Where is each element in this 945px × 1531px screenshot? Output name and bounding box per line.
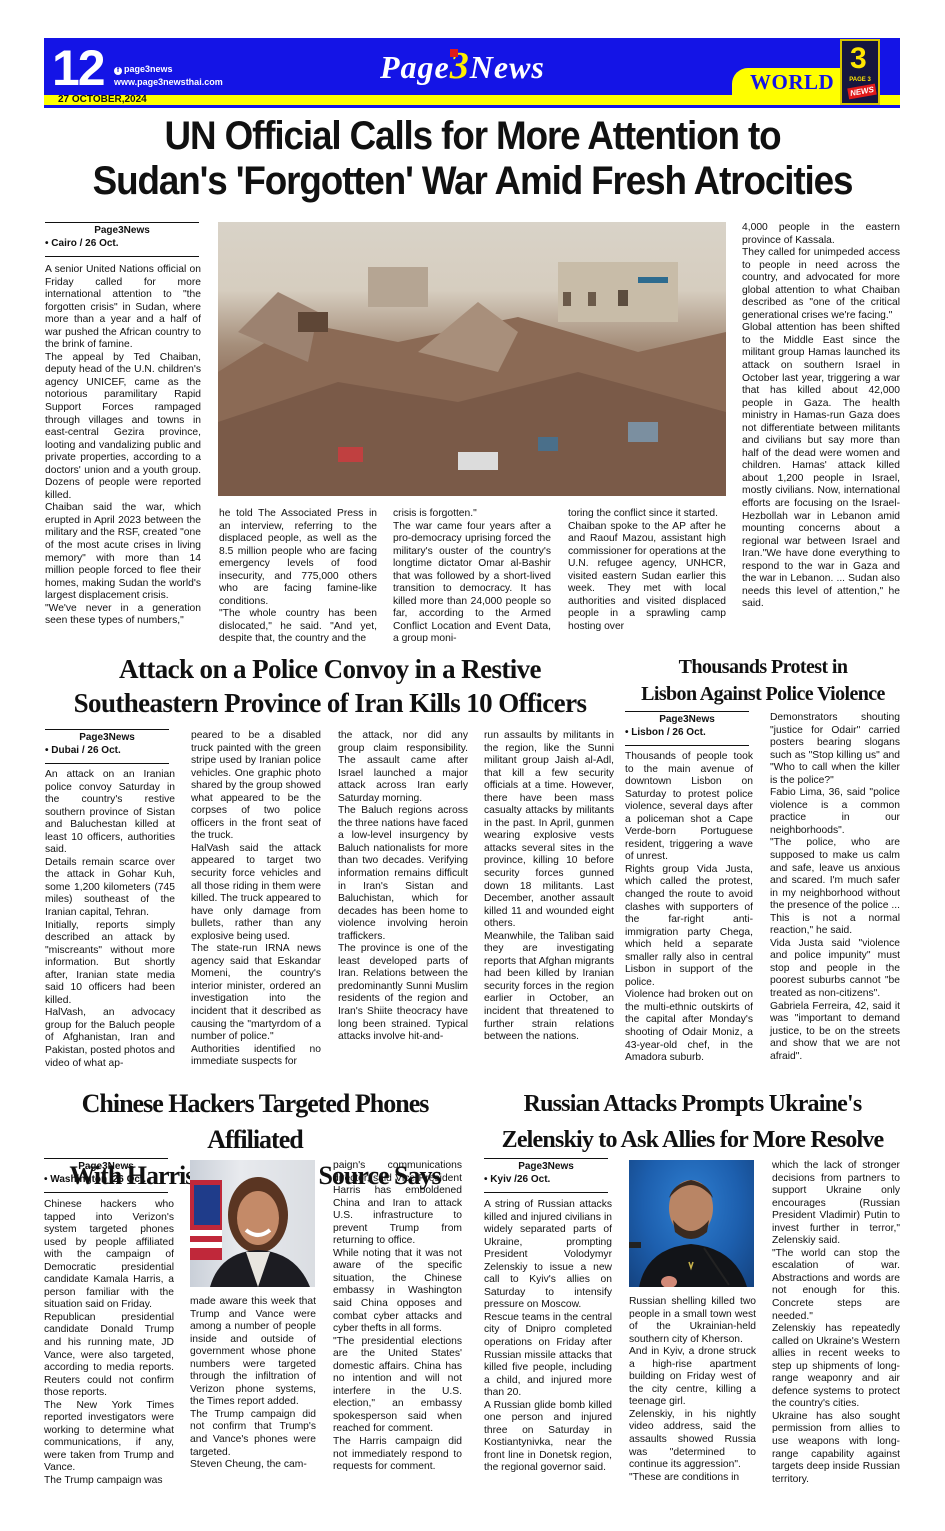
paragraph: 4,000 people in the eastern province of … — [742, 222, 900, 247]
paragraph: The Baluch regions across the three nati… — [338, 805, 468, 943]
section-label: WORLD — [750, 69, 834, 95]
news-source: Page3News — [45, 731, 169, 744]
paragraph: The Trump campaign was — [44, 1475, 174, 1488]
divider — [45, 729, 169, 730]
paragraph: A Russian glide bomb killed one person a… — [484, 1400, 612, 1475]
badge-number: 3 — [850, 43, 867, 75]
paragraph: Demonstrators shouting "justice for Odai… — [770, 712, 900, 787]
paragraph: "We've never in a generation seen these … — [45, 603, 201, 628]
zelenskiy-portrait-photo — [629, 1160, 754, 1287]
paragraph: HalVash said the attack appeared to targ… — [191, 843, 321, 943]
article-sudan-byline: Page3News • Cairo / 26 Oct. — [45, 222, 199, 257]
headline-line: Attack on a Police Convoy in a Restive — [40, 652, 620, 686]
website-link[interactable]: www.page3newsthai.com — [114, 76, 223, 89]
paragraph: The province is one of the least develop… — [338, 943, 468, 1043]
divider — [484, 1158, 608, 1159]
page3-badge-logo: 3 PAGE 3 NEWS — [840, 39, 880, 105]
article-hackers-byline: Page3News • Washington /26 Oct. — [44, 1158, 168, 1193]
issue-date: 27 OCTOBER,2024 — [58, 94, 147, 106]
portrait-illustration — [629, 1160, 754, 1287]
paragraph: The state-run IRNA news agency said that… — [191, 943, 321, 1043]
logo-text-right: News — [470, 49, 545, 85]
paragraph: Gabriela Ferreira, 42, said it was "impo… — [770, 1001, 900, 1064]
paragraph: Thousands of people took to the main ave… — [625, 751, 753, 864]
paragraph: "The whole country has been dislocated,"… — [219, 608, 377, 646]
paragraph: Meanwhile, the Taliban said they are inv… — [484, 931, 614, 1044]
news-source: Page3News — [45, 224, 199, 237]
article-hackers-column-3: paign's communications director, said Vi… — [333, 1160, 462, 1474]
social-handle: page3news — [124, 64, 173, 74]
dateline: • Washington /26 Oct. — [44, 1173, 168, 1187]
divider — [45, 256, 199, 257]
paragraph: Zelenskiy has repeatedly called on Ukrai… — [772, 1323, 900, 1411]
paragraph: "The world can stop the escalation of wa… — [772, 1248, 900, 1323]
article-ukraine-column-3: which the lack of stronger decisions fro… — [772, 1160, 900, 1486]
paragraph: A string of Russian attacks killed and i… — [484, 1199, 612, 1312]
article-lisbon-column-2: Demonstrators shouting "justice for Odai… — [770, 712, 900, 1063]
social-links: fpage3news www.page3newsthai.com — [114, 63, 223, 89]
article-iran-column-4: run assaults by militants in the region,… — [484, 730, 614, 1044]
article-sudan-column-3: crisis is forgotten." The war came four … — [393, 508, 551, 646]
dateline: • Lisbon / 26 Oct. — [625, 726, 749, 740]
paragraph: The war came four years after a pro-demo… — [393, 521, 551, 646]
paragraph: While noting that it was not aware of th… — [333, 1248, 462, 1336]
article-iran-column-3: the attack, nor did any group claim resp… — [338, 730, 468, 1044]
paragraph: They called for unimpeded access to peop… — [742, 247, 900, 322]
paragraph: paign's communications director, said Vi… — [333, 1160, 462, 1248]
paragraph: Rescue teams in the central city of Dnip… — [484, 1312, 612, 1400]
article-sudan-column-1: A senior United Nations official on Frid… — [45, 264, 201, 628]
paragraph: Vida Justa said "violence and police imp… — [770, 938, 900, 1001]
divider — [625, 745, 749, 746]
news-source: Page3News — [625, 713, 749, 726]
article-sudan-column-5: 4,000 people in the eastern province of … — [742, 222, 900, 611]
paragraph: Ukraine has also sought permission from … — [772, 1411, 900, 1486]
facebook-icon: f — [114, 67, 122, 75]
badge-label: PAGE 3 — [842, 77, 878, 83]
paragraph: And in Kyiv, a drone struck a high-rise … — [629, 1346, 756, 1409]
divider — [45, 222, 199, 223]
paragraph: HalVash, an advocacy group for the Baluc… — [45, 1007, 175, 1070]
article-ukraine-column-2: Russian shelling killed two people in a … — [629, 1296, 756, 1484]
news-source: Page3News — [484, 1160, 608, 1173]
headline-line: Lisbon Against Police Violence — [622, 681, 904, 708]
badge-news: NEWS — [847, 84, 876, 100]
paragraph: "These are conditions in — [629, 1472, 756, 1485]
article-sudan-headline: UN Official Calls for More Attention to … — [38, 114, 907, 204]
masthead: 12 fpage3news www.page3newsthai.com 27 O… — [44, 38, 900, 110]
dateline: • Cairo / 26 Oct. — [45, 237, 199, 251]
paragraph: Initially, reports simply described an a… — [45, 920, 175, 1008]
logo-number: 3 — [450, 45, 470, 87]
rubble-destroyed-buildings-photo — [218, 222, 726, 496]
headline-line: UN Official Calls for More Attention to — [38, 114, 907, 159]
paragraph: The appeal by Ted Chaiban, deputy head o… — [45, 352, 201, 503]
paragraph: run assaults by militants in the region,… — [484, 730, 614, 931]
article-lisbon-column-1: Thousands of people took to the main ave… — [625, 751, 753, 1065]
paragraph: "The presidential elections are the Unit… — [333, 1336, 462, 1436]
paragraph: which the lack of stronger decisions fro… — [772, 1160, 900, 1248]
article-ukraine-column-1: A string of Russian attacks killed and i… — [484, 1199, 612, 1475]
rubble-scene-illustration — [218, 222, 726, 496]
news-source: Page3News — [44, 1160, 168, 1173]
divider — [484, 1192, 608, 1193]
paragraph: A senior United Nations official on Frid… — [45, 264, 201, 352]
paragraph: Steven Cheung, the cam- — [190, 1459, 316, 1472]
paragraph: the attack, nor did any group claim resp… — [338, 730, 468, 805]
paragraph: peared to be a disabled truck painted wi… — [191, 730, 321, 843]
paragraph: "The police, who are supposed to make us… — [770, 837, 900, 937]
paragraph: Chaiban said the war, which erupted in A… — [45, 502, 201, 602]
masthead-rule — [44, 105, 900, 108]
paragraph: he told The Associated Press in an inter… — [219, 508, 377, 608]
divider — [44, 1158, 168, 1159]
article-sudan-column-4: toring the conflict since it started. Ch… — [568, 508, 726, 633]
article-iran-byline: Page3News • Dubai / 26 Oct. — [45, 729, 169, 764]
article-hackers-column-1: Chinese hackers who tapped into Verizon'… — [44, 1199, 174, 1488]
paragraph: The New York Times reported investigator… — [44, 1400, 174, 1475]
paragraph: Fabio Lima, 36, said "police violence is… — [770, 787, 900, 837]
paragraph: An attack on an Iranian police convoy Sa… — [45, 769, 175, 857]
article-ukraine-headline: Russian Attacks Prompts Ukraine's Zelens… — [480, 1086, 905, 1158]
paragraph: The Trump campaign did not confirm that … — [190, 1409, 316, 1459]
paragraph: toring the conflict since it started. — [568, 508, 726, 521]
dateline: • Dubai / 26 Oct. — [45, 744, 169, 758]
paragraph: Details remain scarce over the attack in… — [45, 857, 175, 920]
article-iran-column-2: peared to be a disabled truck painted wi… — [191, 730, 321, 1069]
headline-line: Sudan's 'Forgotten' War Amid Fresh Atroc… — [38, 159, 907, 204]
paragraph: Zelenskiy, in his nightly video address,… — [629, 1409, 756, 1472]
headline-line: Zelenskiy to Ask Allies for More Resolve — [480, 1122, 905, 1158]
paragraph: The Harris campaign did not immediately … — [333, 1436, 462, 1474]
paragraph: Republican presidential candidate Donald… — [44, 1312, 174, 1400]
article-ukraine-byline: Page3News • Kyiv /26 Oct. — [484, 1158, 608, 1193]
headline-line: Russian Attacks Prompts Ukraine's — [480, 1086, 905, 1122]
paragraph: crisis is forgotten." — [393, 508, 551, 521]
article-lisbon-headline: Thousands Protest in Lisbon Against Poli… — [622, 654, 904, 708]
paragraph: Global attention has been shifted to the… — [742, 322, 900, 611]
paragraph: Russian shelling killed two people in a … — [629, 1296, 756, 1346]
headline-line: Southeastern Province of Iran Kills 10 O… — [40, 686, 620, 720]
page-number: 12 — [52, 40, 104, 96]
facebook-link[interactable]: fpage3news — [114, 63, 223, 76]
headline-line: Thousands Protest in — [622, 654, 904, 681]
kamala-harris-portrait-photo — [190, 1160, 315, 1287]
dateline: • Kyiv /26 Oct. — [484, 1173, 608, 1187]
page3news-logo: Page3News — [380, 46, 545, 87]
article-hackers-column-2: made aware this week that Trump and Vanc… — [190, 1296, 316, 1472]
logo-text-left: Page — [380, 49, 450, 85]
article-iran-headline: Attack on a Police Convoy in a Restive S… — [40, 652, 620, 720]
divider — [625, 711, 749, 712]
paragraph: Chaiban spoke to the AP after he and Rao… — [568, 521, 726, 634]
article-sudan-column-2: he told The Associated Press in an inter… — [219, 508, 377, 646]
divider — [44, 1192, 168, 1193]
article-iran-column-1: An attack on an Iranian police convoy Sa… — [45, 769, 175, 1070]
paragraph: Chinese hackers who tapped into Verizon'… — [44, 1199, 174, 1312]
paragraph: Authorities identified no immediate susp… — [191, 1044, 321, 1069]
paragraph: made aware this week that Trump and Vanc… — [190, 1296, 316, 1409]
portrait-illustration — [190, 1160, 315, 1287]
article-lisbon-byline: Page3News • Lisbon / 26 Oct. — [625, 711, 749, 746]
headline-line: Chinese Hackers Targeted Phones Affiliat… — [40, 1086, 470, 1158]
paragraph: Violence had broken out on the multi-eth… — [625, 989, 753, 1064]
divider — [45, 763, 169, 764]
paragraph: Rights group Vida Justa, which called th… — [625, 864, 753, 989]
